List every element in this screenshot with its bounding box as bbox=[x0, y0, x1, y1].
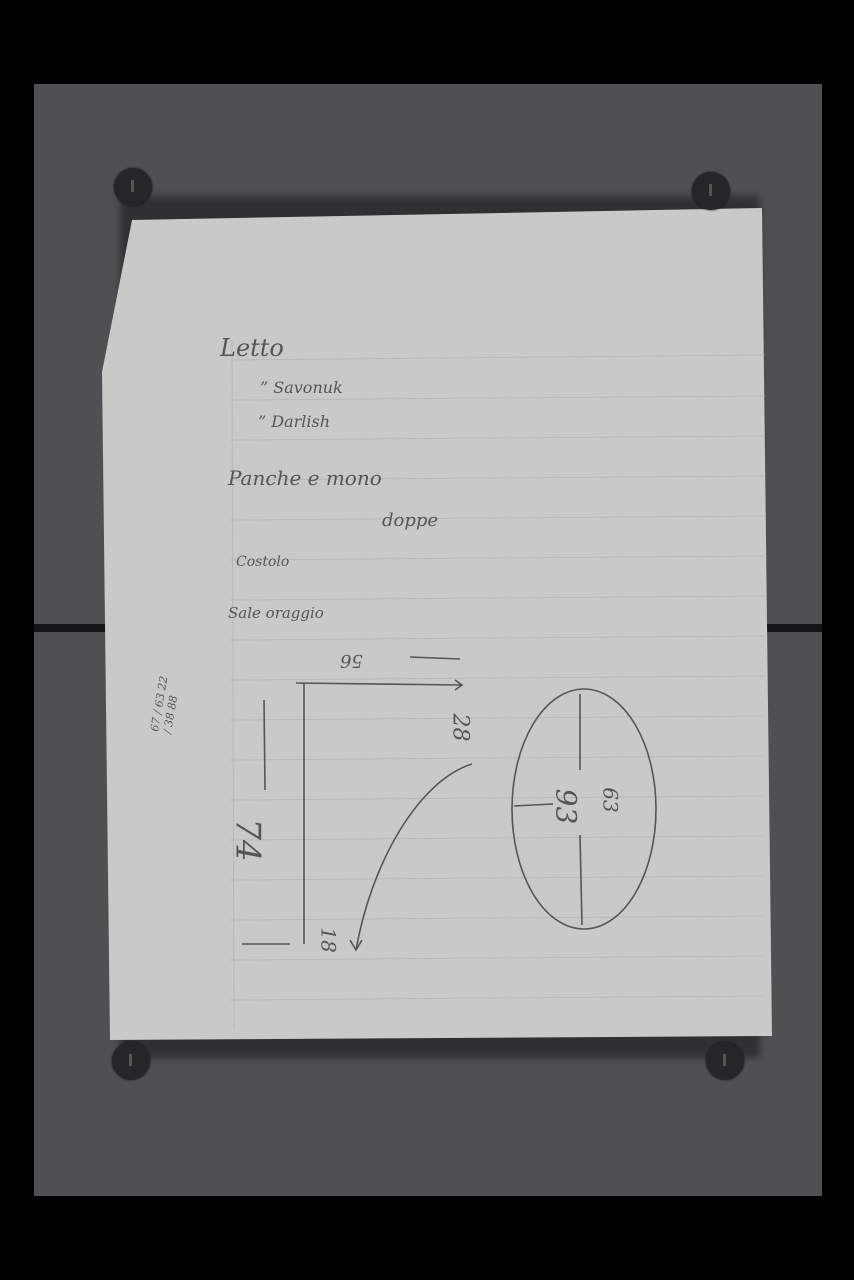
note-line-4: Panche e mono bbox=[228, 466, 382, 490]
sketch-right-label: 28 bbox=[448, 714, 473, 742]
oval-width-label: 63 bbox=[599, 787, 623, 812]
pin-top-right bbox=[692, 172, 730, 210]
note-line-7: Sale oraggio bbox=[228, 604, 324, 622]
sketch-side-height-label: 74 bbox=[228, 818, 268, 861]
note-line-1: Letto bbox=[220, 334, 284, 362]
sketch-top-width-label: 56 bbox=[340, 650, 363, 671]
pin-bottom-right bbox=[706, 1042, 744, 1080]
note-line-6: Costolo bbox=[236, 554, 289, 570]
note-line-2: ” Savonuk bbox=[260, 378, 343, 397]
note-line-3: ” Darlish bbox=[258, 412, 330, 431]
note-line-5: doppe bbox=[382, 510, 438, 531]
pin-bottom-left bbox=[112, 1042, 150, 1080]
sketch-bottom-label: 18 bbox=[317, 927, 341, 952]
oval-height-label: 93 bbox=[549, 789, 582, 825]
pin-top-left bbox=[114, 168, 152, 206]
